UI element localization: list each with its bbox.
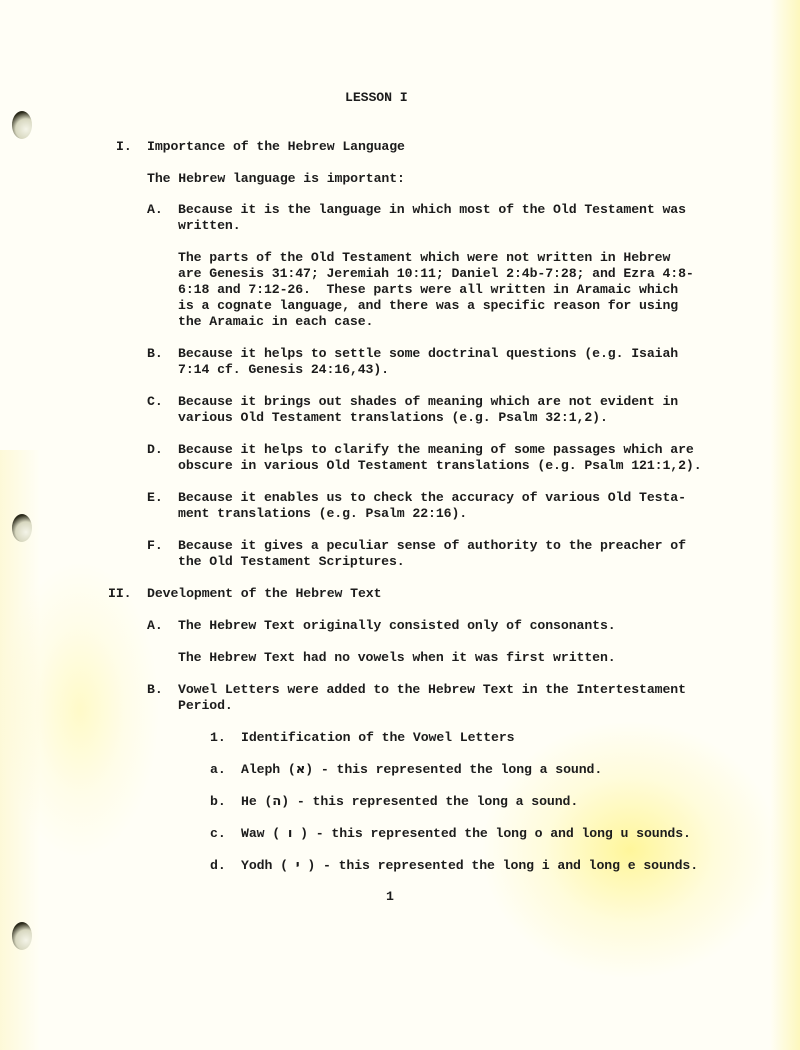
letter-name: Yodh bbox=[241, 858, 272, 873]
letter-row-he: He (ה) - this represented the long a sou… bbox=[241, 794, 578, 810]
section-2-numeral: II. bbox=[108, 586, 131, 602]
item-text: written. bbox=[178, 218, 241, 234]
section-2-heading: Development of the Hebrew Text bbox=[147, 586, 381, 602]
he-glyph: ה bbox=[272, 794, 281, 809]
letter-row-yodh: Yodh ( י ) - this represented the long i… bbox=[241, 858, 698, 874]
letter-desc: - this represented the long a sound. bbox=[297, 794, 578, 809]
item-text: Period. bbox=[178, 698, 233, 714]
item-text: obscure in various Old Testament transla… bbox=[178, 458, 702, 474]
item-text: Because it enables us to check the accur… bbox=[178, 490, 686, 506]
item-label-C: C. bbox=[147, 394, 163, 410]
item-text: the Old Testament Scriptures. bbox=[178, 554, 405, 570]
page-title: LESSON I bbox=[345, 90, 408, 106]
item-label-E: E. bbox=[147, 490, 163, 506]
page-number: 1 bbox=[386, 889, 394, 905]
item-label-D: D. bbox=[147, 442, 163, 458]
subitem-text: Identification of the Vowel Letters bbox=[241, 730, 514, 746]
letter-row-aleph: Aleph (א) - this represented the long a … bbox=[241, 762, 602, 778]
letter-name: Aleph bbox=[241, 762, 280, 777]
binder-hole-middle bbox=[12, 514, 32, 542]
aleph-glyph: א bbox=[296, 762, 306, 777]
aramaic-note: 6:18 and 7:12-26. These parts were all w… bbox=[178, 282, 678, 298]
item-text: various Old Testament translations (e.g.… bbox=[178, 410, 608, 426]
item-label-A: A. bbox=[147, 202, 163, 218]
binder-hole-bottom bbox=[12, 922, 32, 950]
item-text: Because it brings out shades of meaning … bbox=[178, 394, 678, 410]
section-1-numeral: I. bbox=[116, 139, 132, 155]
item-text: Because it gives a peculiar sense of aut… bbox=[178, 538, 686, 554]
item-label-2A: A. bbox=[147, 618, 163, 634]
letter-label-b: b. bbox=[210, 794, 226, 810]
item-label-F: F. bbox=[147, 538, 163, 554]
item-label-2B: B. bbox=[147, 682, 163, 698]
section-1-intro: The Hebrew language is important: bbox=[147, 171, 405, 187]
letter-row-waw: Waw ( ו ) - this represented the long o … bbox=[241, 826, 691, 842]
item-text: The Hebrew Text originally consisted onl… bbox=[178, 618, 616, 634]
letter-name: He bbox=[241, 794, 257, 809]
letter-label-c: c. bbox=[210, 826, 226, 842]
section-1-heading: Importance of the Hebrew Language bbox=[147, 139, 405, 155]
item-text: 7:14 cf. Genesis 24:16,43). bbox=[178, 362, 389, 378]
item-label-B: B. bbox=[147, 346, 163, 362]
item-text: Because it helps to settle some doctrina… bbox=[178, 346, 678, 362]
item-text: Because it helps to clarify the meaning … bbox=[178, 442, 694, 458]
waw-glyph: ו bbox=[288, 826, 292, 841]
aramaic-note: is a cognate language, and there was a s… bbox=[178, 298, 678, 314]
letter-label-d: d. bbox=[210, 858, 226, 874]
aramaic-note: The parts of the Old Testament which wer… bbox=[178, 250, 670, 266]
subitem-label-1: 1. bbox=[210, 730, 226, 746]
letter-desc: - this represented the long a sound. bbox=[321, 762, 602, 777]
item-text: Vowel Letters were added to the Hebrew T… bbox=[178, 682, 686, 698]
item-text: ment translations (e.g. Psalm 22:16). bbox=[178, 506, 467, 522]
letter-name: Waw bbox=[241, 826, 264, 841]
binder-hole-top bbox=[12, 111, 32, 139]
item-text: Because it is the language in which most… bbox=[178, 202, 686, 218]
item-note: The Hebrew Text had no vowels when it wa… bbox=[178, 650, 616, 666]
letter-desc: - this represented the long o and long u… bbox=[316, 826, 691, 841]
letter-label-a: a. bbox=[210, 762, 226, 778]
yodh-glyph: י bbox=[296, 858, 300, 873]
letter-desc: - this represented the long i and long e… bbox=[323, 858, 698, 873]
aramaic-note: are Genesis 31:47; Jeremiah 10:11; Danie… bbox=[178, 266, 694, 282]
aramaic-note: the Aramaic in each case. bbox=[178, 314, 373, 330]
